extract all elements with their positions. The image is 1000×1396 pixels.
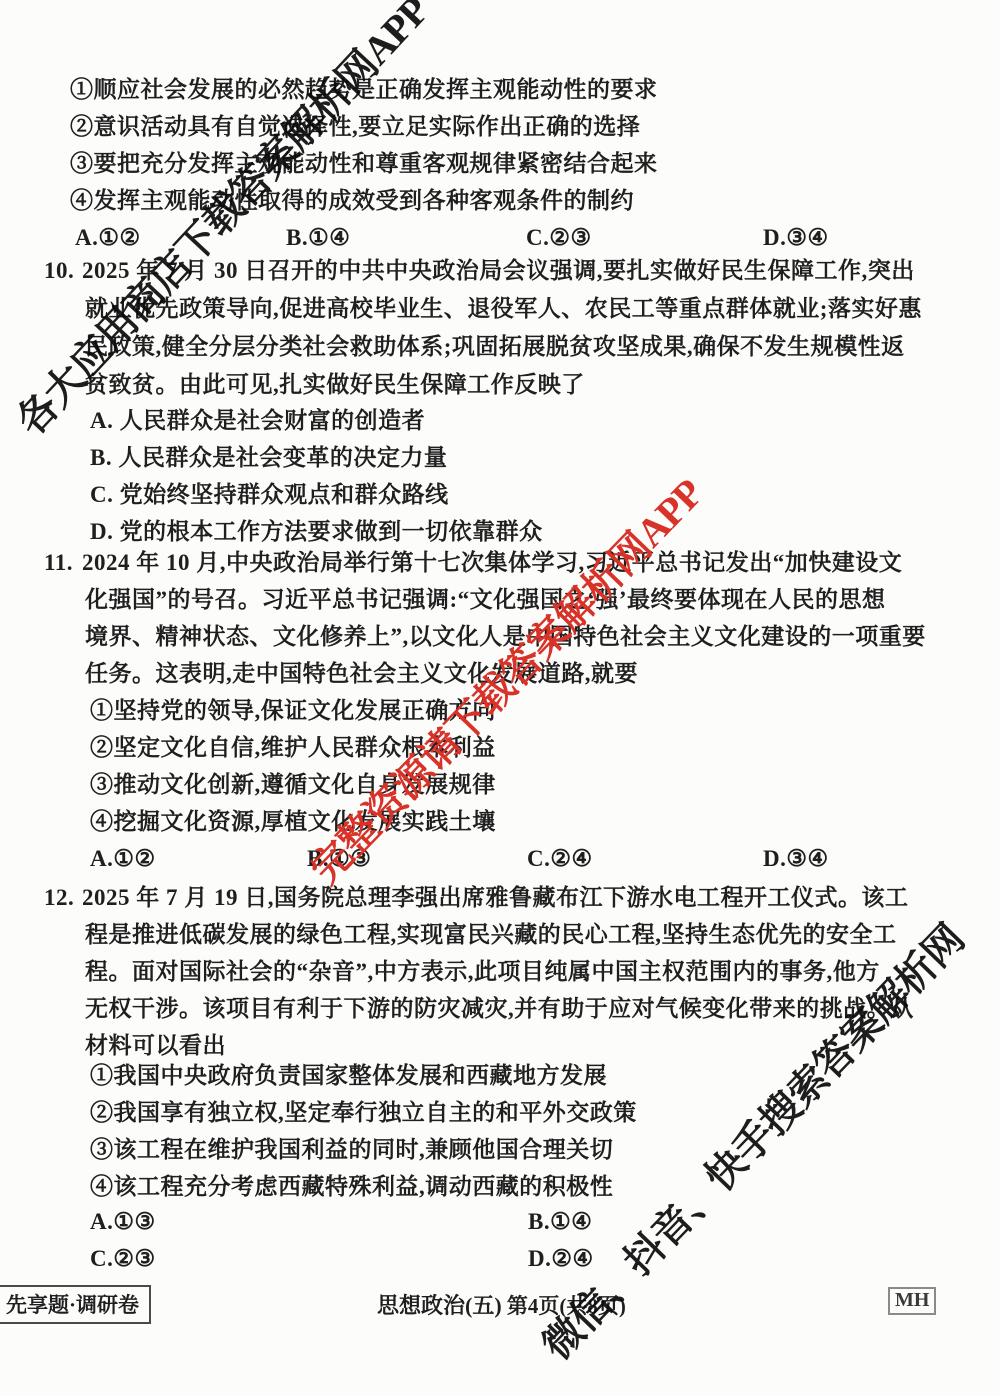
q11-answer-d: D.③④ bbox=[763, 845, 829, 873]
q11-line-4: 任务。这表明,走中国特色社会主义文化发展道路,就要 bbox=[85, 660, 638, 688]
q9-item-1: ①顺应社会发展的必然趋势是正确发挥主观能动性的要求 bbox=[70, 76, 658, 104]
q10-option-a: A. 人民群众是社会财富的创造者 bbox=[90, 407, 425, 435]
q10-line-3: 民政策,健全分层分类社会救助体系;巩固拓展脱贫攻坚成果,确保不发生规模性返 bbox=[85, 333, 905, 361]
q12-item-3: ③该工程在维护我国利益的同时,兼顾他国合理关切 bbox=[90, 1136, 613, 1164]
q11-answer-a: A.①② bbox=[90, 845, 156, 873]
q12-line-1: 2025 年 7 月 19 日,国务院总理李强出席雅鲁藏布江下游水电工程开工仪式… bbox=[82, 884, 909, 912]
q10-number: 10. bbox=[44, 257, 74, 285]
q11-line-1: 2024 年 10 月,中央政治局举行第十七次集体学习,习近平总书记发出“加快建… bbox=[82, 549, 902, 577]
footer-series-box: 先享题·调研卷 bbox=[0, 1285, 151, 1324]
q12-line-2: 程是推进低碳发展的绿色工程,实现富民兴藏的民心工程,坚持生态优先的安全工 bbox=[85, 921, 897, 949]
q12-item-1: ①我国中央政府负责国家整体发展和西藏地方发展 bbox=[90, 1062, 607, 1090]
q11-line-2: 化强国”的号召。习近平总书记强调:“文化强国之‘强’最终要体现在人民的思想 bbox=[85, 586, 885, 614]
q9-answer-c: C.②③ bbox=[526, 224, 592, 252]
footer-page-info: 思想政治(五) 第4页(共8页) bbox=[377, 1289, 626, 1320]
footer-page-number: 第4页(共8页) bbox=[502, 1294, 626, 1318]
q11-number: 11. bbox=[44, 549, 73, 577]
q10-line-1: 2025 年 7 月 30 日召开的中共中央政治局会议强调,要扎实做好民生保障工… bbox=[82, 257, 915, 285]
exam-scan-page: ①顺应社会发展的必然趋势是正确发挥主观能动性的要求 ②意识活动具有自觉选择性,要… bbox=[0, 0, 1000, 1396]
q9-item-2: ②意识活动具有自觉选择性,要立足实际作出正确的选择 bbox=[70, 113, 640, 141]
q9-answer-b: B.①④ bbox=[286, 224, 350, 252]
q12-number: 12. bbox=[44, 884, 74, 912]
q11-item-1: ①坚持党的领导,保证文化发展正确方向 bbox=[90, 697, 496, 725]
q12-answer-b: B.①④ bbox=[528, 1208, 592, 1236]
q11-answer-b: B.①③ bbox=[307, 845, 371, 873]
q9-answer-d: D.③④ bbox=[763, 224, 829, 252]
q12-item-2: ②我国享有独立权,坚定奉行独立自主的和平外交政策 bbox=[90, 1099, 637, 1127]
q12-line-5: 材料可以看出 bbox=[85, 1032, 226, 1060]
q11-answer-c: C.②④ bbox=[527, 845, 593, 873]
q12-line-4: 无权干涉。该项目有利于下游的防灾减灾,并有助于应对气候变化带来的挑战。从 bbox=[85, 995, 914, 1023]
q12-answer-a: A.①③ bbox=[90, 1208, 156, 1236]
q9-item-4: ④发挥主观能动性取得的成效受到各种客观条件的制约 bbox=[70, 187, 634, 215]
q12-answer-c: C.②③ bbox=[90, 1245, 156, 1273]
footer-subject-title: 思想政治(五) bbox=[377, 1293, 502, 1318]
q11-item-3: ③推动文化创新,遵循文化自身发展规律 bbox=[90, 771, 496, 799]
q10-option-d: D. 党的根本工作方法要求做到一切依靠群众 bbox=[90, 518, 543, 546]
q9-item-3: ③要把充分发挥主观能动性和尊重客观规律紧密结合起来 bbox=[70, 150, 658, 178]
q12-item-4: ④该工程充分考虑西藏特殊利益,调动西藏的积极性 bbox=[90, 1173, 613, 1201]
q12-answer-d: D.②④ bbox=[528, 1245, 594, 1273]
q9-answer-a: A.①② bbox=[75, 224, 141, 252]
q10-option-c: C. 党始终坚持群众观点和群众路线 bbox=[90, 481, 449, 509]
q10-line-4: 贫致贫。由此可见,扎实做好民生保障工作反映了 bbox=[85, 371, 585, 399]
q11-item-4: ④挖掘文化资源,厚植文化发展实践土壤 bbox=[90, 808, 496, 836]
q10-line-2: 就业优先政策导向,促进高校毕业生、退役军人、农民工等重点群体就业;落实好惠 bbox=[85, 295, 922, 323]
footer-mh-badge: MH bbox=[888, 1287, 936, 1315]
q11-line-3: 境界、精神状态、文化修养上”,以文化人是中国特色社会主义文化建设的一项重要 bbox=[85, 623, 926, 651]
q12-line-3: 程。面对国际社会的“杂音”,中方表示,此项目纯属中国主权范围内的事务,他方 bbox=[85, 958, 880, 986]
q10-option-b: B. 人民群众是社会变革的决定力量 bbox=[90, 444, 447, 472]
q11-item-2: ②坚定文化自信,维护人民群众根本利益 bbox=[90, 734, 496, 762]
